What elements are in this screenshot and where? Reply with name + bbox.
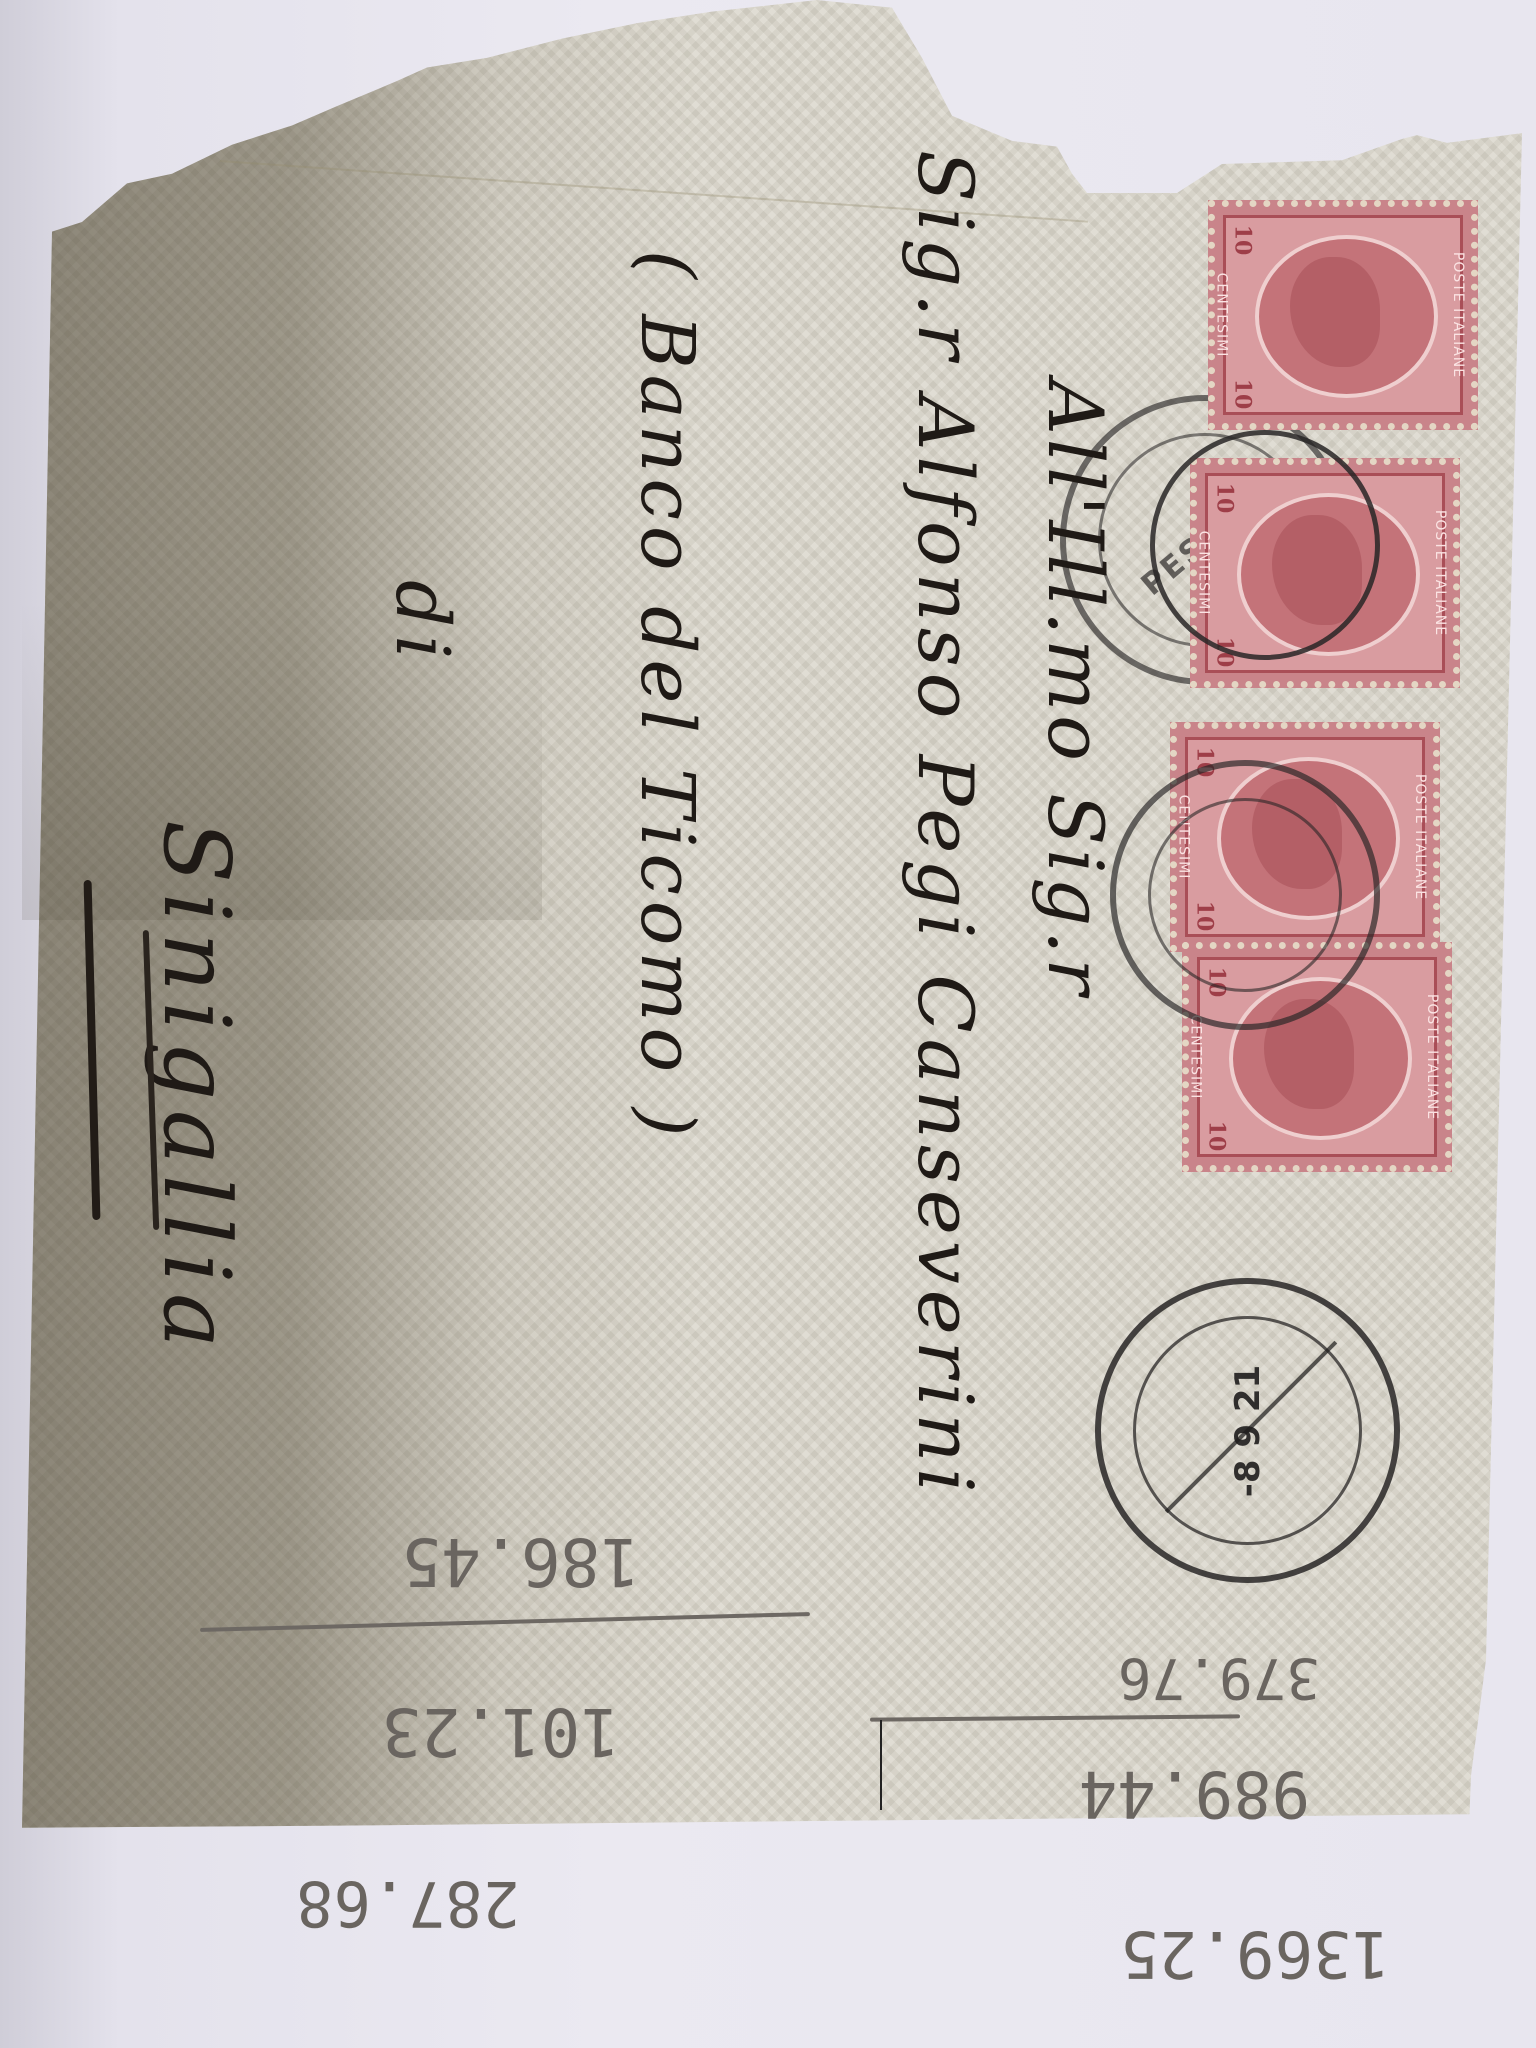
ink-stroke [880, 1720, 882, 1810]
address-line-3: ( Banco del Ticomo ) [624, 250, 710, 1143]
pencil-note: 287.68 [296, 1867, 520, 1940]
address-city: Sinigallia [143, 820, 250, 1358]
stamp-issuer: POSTE ITALIANE [1424, 994, 1440, 1120]
postmark-pesaro-2 [1110, 760, 1380, 1030]
pencil-note: 379.76 [1118, 1645, 1320, 1710]
postmark-cancel-ring [1150, 430, 1380, 660]
pencil-note: 186.45 [402, 1523, 640, 1600]
postmark-date: -8 9 21 [1228, 1364, 1268, 1496]
postmark-inner-ring [1148, 798, 1342, 992]
address-line-2: Sig.r Alfonso Pegi Canseverini [901, 150, 990, 1499]
address-line-1: All'Ill.mo Sig.r [1031, 380, 1120, 999]
stamp-block: 10 10 CENTESIMI POSTE ITALIANE 10 10 CEN… [1170, 200, 1510, 1190]
pencil-note: 1369.25 [1120, 1916, 1390, 1990]
stamp-issuer: POSTE ITALIANE [1412, 774, 1428, 900]
stamp-value: 10 [1203, 1121, 1229, 1152]
postmark-candelara: -8 9 21 [1095, 1278, 1400, 1583]
stamp-value: 10 [1229, 225, 1255, 256]
stamp-issuer: POSTE ITALIANE [1432, 510, 1448, 636]
stamp-value: 10 [1229, 379, 1255, 410]
stamp: 10 10 CENTESIMI POSTE ITALIANE [1208, 200, 1478, 430]
address-line-4: di [379, 580, 465, 667]
stamp-issuer: POSTE ITALIANE [1450, 252, 1466, 378]
pencil-note: 101.23 [382, 1693, 620, 1770]
stamp-denomination: CENTESIMI [1187, 1015, 1203, 1100]
stamp-denomination: CENTESIMI [1213, 273, 1229, 358]
pencil-note: 989.44 [1079, 1756, 1310, 1830]
